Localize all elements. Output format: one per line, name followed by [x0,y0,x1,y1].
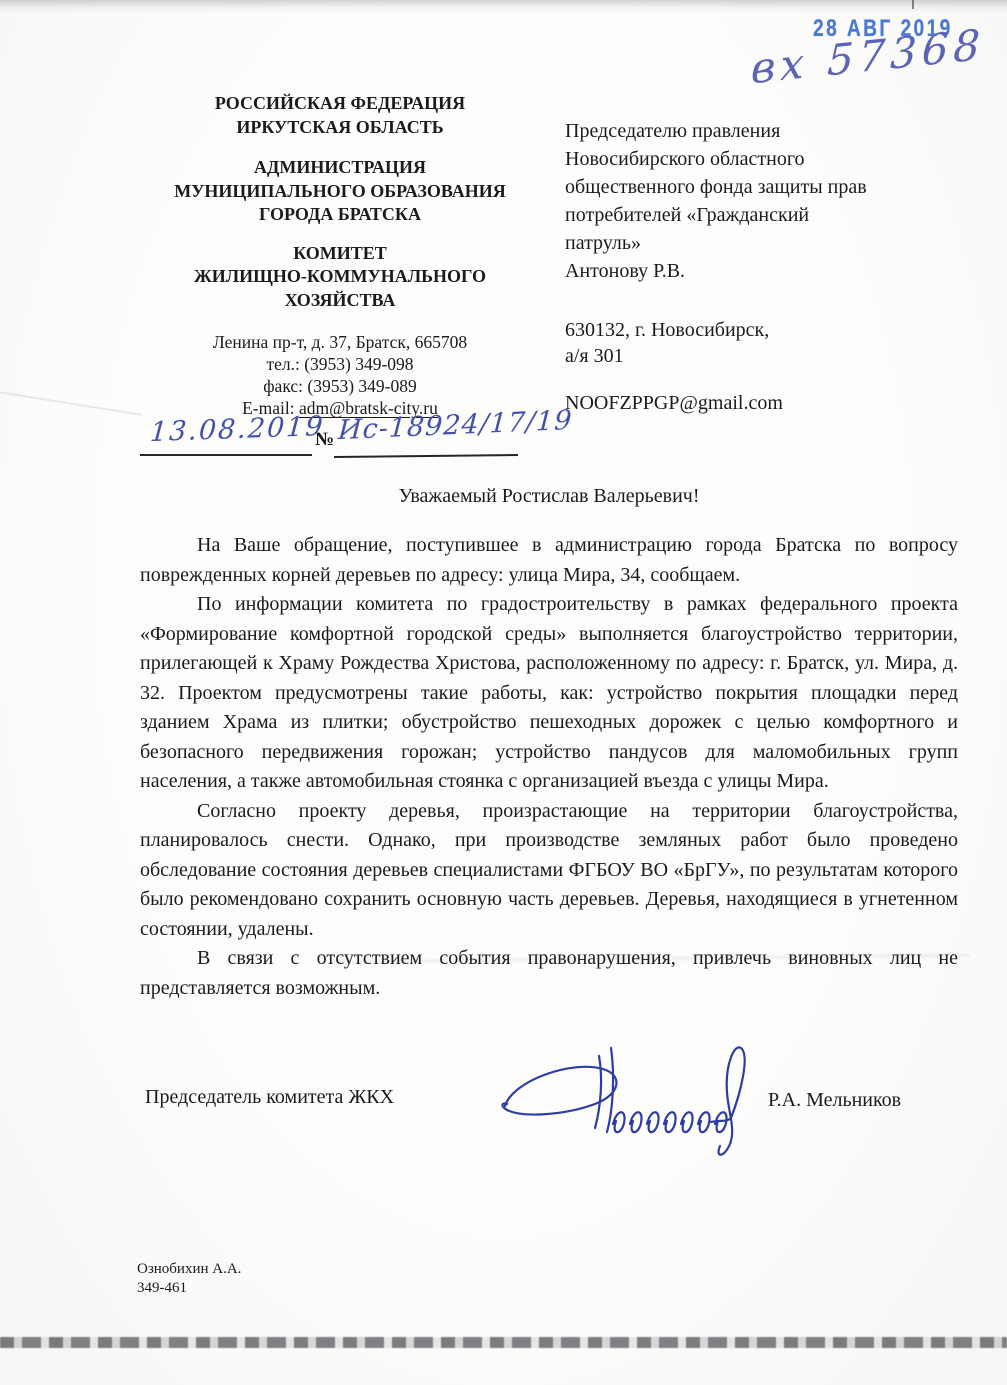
sender-phone: тел.: (3953) 349-098 [130,353,550,375]
recipient-line: патруль» [565,229,975,257]
handwritten-signature [495,1036,785,1166]
body-paragraph: Согласно проекту деревья, произрастающие… [140,797,958,945]
signoff-position: Председатель комитета ЖКХ [145,1086,394,1109]
recipient-line: потребителей «Гражданский [565,201,975,229]
body-paragraph: В связи с отсутствием события правонаруш… [140,944,958,1003]
scanned-letter-page: 28 АВГ 2019 вх 57368 РОССИЙСКАЯ ФЕДЕРАЦИ… [0,0,1007,1385]
recipient-line: общественного фонда защиты прав [565,173,975,201]
body-paragraph: На Ваше обращение, поступившее в админис… [140,531,958,590]
executor-name: Ознобихин А.А. [137,1260,241,1279]
body-paragraph: По информации комитета по градостроитель… [140,590,958,797]
recipient-postal-line: 630132, г. Новосибирск, [565,317,769,343]
paper-crease-artifact [0,390,141,415]
recipient-line: Новосибирского областного [565,145,975,173]
recipient-email: NOOFZPPGP@gmail.com [565,392,783,415]
ref-number-sign: № [315,429,334,451]
sender-region: ИРКУТСКАЯ ОБЛАСТЬ [130,116,550,140]
sender-letterhead: РОССИЙСКАЯ ФЕДЕРАЦИЯ ИРКУТСКАЯ ОБЛАСТЬ А… [130,92,550,419]
executor-phone: 349-461 [137,1279,241,1298]
ref-date-handwritten: 13.08.2019 [149,411,326,448]
sender-fax: факс: (3953) 349-089 [130,375,550,397]
sender-dept-line: КОМИТЕТ [130,242,550,266]
letter-body: На Ваше обращение, поступившее в админис… [140,531,958,1003]
scan-bottom-edge-artifact [0,1337,1007,1348]
salutation: Уважаемый Ростислав Валерьевич! [140,485,958,508]
sender-dept-line: ЖИЛИЩНО-КОММУНАЛЬНОГО [130,265,550,289]
sender-dept-line: ХОЗЯЙСТВА [130,289,550,313]
scan-tick-artifact [912,0,914,9]
recipient-block: Председателю правления Новосибирского об… [565,117,975,285]
ref-date-underline [140,454,312,456]
recipient-postal-line: а/я 301 [565,343,769,369]
sender-country: РОССИЙСКАЯ ФЕДЕРАЦИЯ [130,92,550,116]
signoff-name: Р.А. Мельников [768,1089,901,1112]
sender-org-line: ГОРОДА БРАТСКА [130,203,550,227]
executor-footer: Ознобихин А.А. 349-461 [137,1260,241,1298]
ref-number-underline [334,454,518,458]
sender-org-line: АДМИНИСТРАЦИЯ [130,156,550,180]
recipient-postal-address: 630132, г. Новосибирск, а/я 301 [565,317,769,369]
recipient-line: Председателю правления [565,117,975,145]
sender-org-line: МУНИЦИПАЛЬНОГО ОБРАЗОВАНИЯ [130,180,550,204]
recipient-line: Антонову Р.В. [565,257,975,285]
sender-address: Ленина пр-т, д. 37, Братск, 665708 [130,331,550,353]
scan-top-edge-artifact [0,0,1007,14]
